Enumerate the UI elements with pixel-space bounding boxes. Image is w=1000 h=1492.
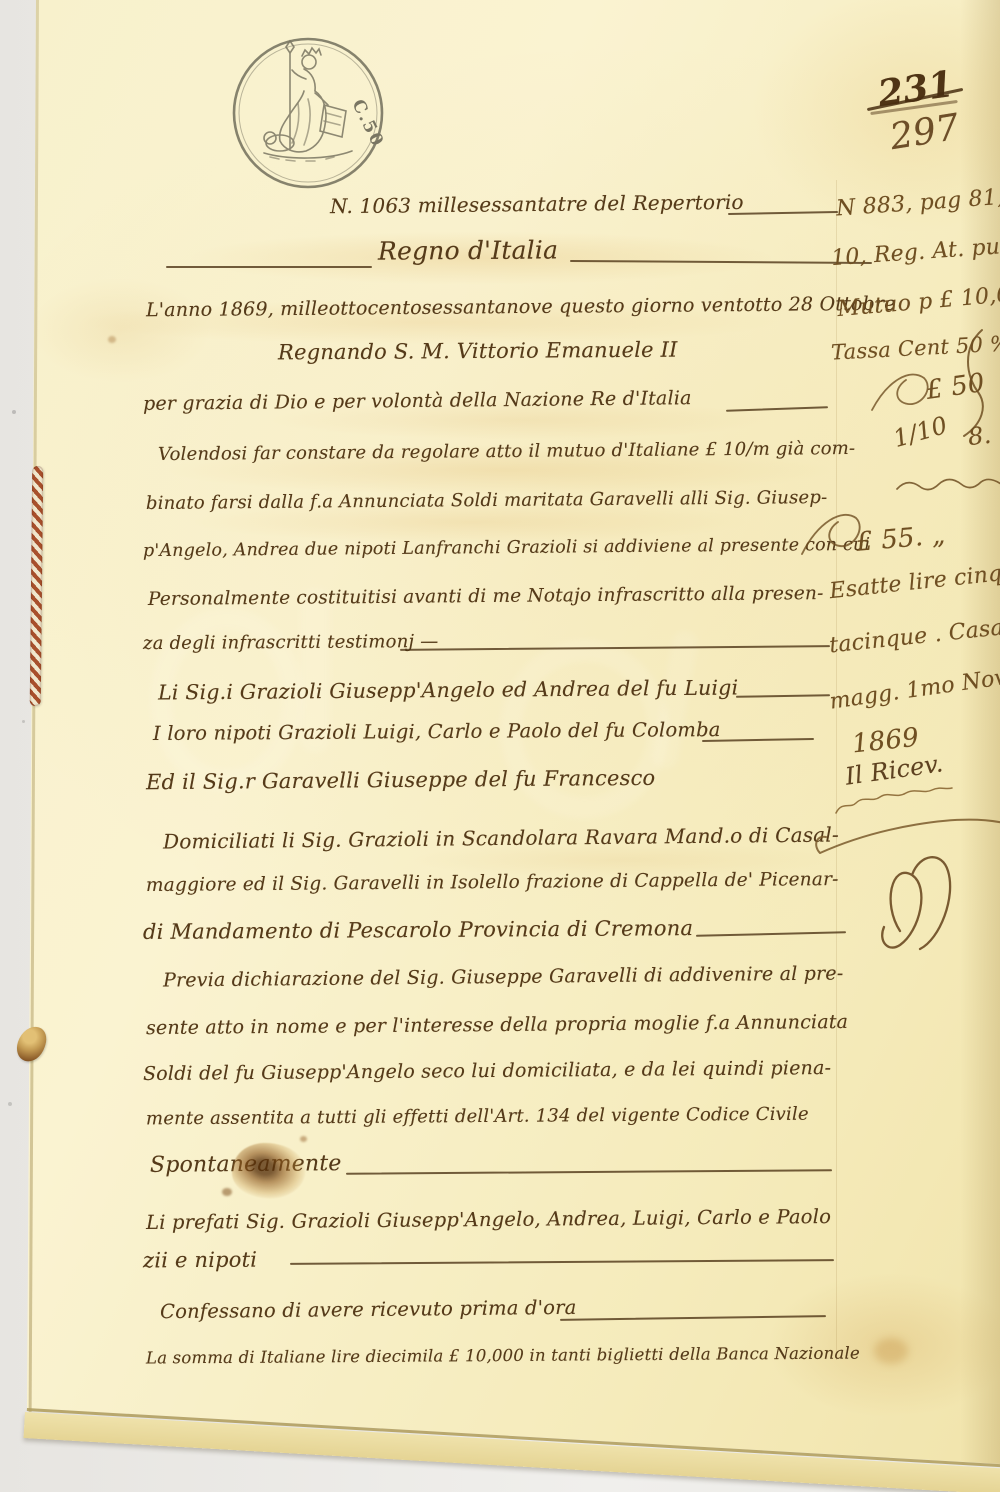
margin-note: Mutuo p £ 10,00 [836,281,1000,322]
signature-script [836,788,952,813]
manuscript-line: Li Sig.i Grazioli Giusepp'Angelo ed Andr… [158,675,739,704]
ink-rule [570,260,872,264]
manuscript-line: di Mandamento di Pescarolo Provincia di … [143,916,693,944]
margin-note: £ 55. „ [855,520,947,558]
ink-rule [736,694,830,697]
manuscript-line: Previa dichiarazione del Sig. Giuseppe G… [163,962,844,991]
ink-rule [560,1315,826,1320]
signature-cross-stroke [816,820,1000,853]
manuscript-line: Personalmente costituitisi avanti di me … [148,583,824,610]
lira-sign-flourish [800,506,862,562]
manuscript-line: Regnando S. M. Vittorio Emanuele II [278,338,678,365]
stain-speck [300,1136,307,1142]
manuscript-line: Confessano di avere ricevuto prima d'ora [160,1296,577,1323]
notary-monogram [882,857,950,949]
margin-note: tacinque . Casal [828,615,1000,659]
revenue-stamp: C.50 [228,33,388,193]
scanned-document: C.50 231 297 N. 1063 millesessantatre de… [0,0,1000,1492]
stain-speck [108,336,116,343]
ink-rule [400,645,830,650]
stain-speck [222,1188,232,1196]
ink-rule [728,211,838,215]
stain-speck [874,1338,908,1364]
margin-note: 10, Reg. At. pubbl [830,232,1000,271]
ink-rule [166,266,372,268]
manuscript-line: Domiciliati li Sig. Grazioli in Scandola… [163,822,839,853]
margin-brace-flourish [952,328,1000,440]
manuscript-line: Li prefati Sig. Grazioli Giusepp'Angelo,… [146,1205,831,1234]
manuscript-line: Regno d'Italia [378,235,558,265]
dust-speck [22,720,25,723]
manuscript-line: per grazia di Dio e per volontà della Na… [143,387,692,415]
manuscript-line: Soldi del fu Giusepp'Angelo seco lui dom… [143,1057,831,1085]
manuscript-line: maggiore ed il Sig. Garavelli in Isolell… [146,869,839,896]
signature-flourish [808,735,1000,965]
manuscript-line: N. 1063 millesessantatre del Repertorio [330,190,744,218]
manuscript-line: mente assentita a tutti gli effetti dell… [146,1104,809,1130]
margin-note: Esatte lire cinquan [828,557,1000,604]
manuscript-line: p'Angelo, Andrea due nipoti Lanfranchi G… [143,535,870,561]
manuscript-line: za degli infrascritti testimonj — [143,631,438,654]
manuscript-line: La somma di Italiane lire diecimila £ 10… [146,1344,860,1368]
manuscript-line: I loro nipoti Grazioli Luigi, Carlo e Pa… [153,718,721,745]
ink-rule [346,1169,832,1174]
ink-rule [726,406,828,411]
seated-italia-figure-icon [264,41,352,161]
margin-note: magg. 1mo Nov. [828,664,1000,714]
dust-speck [12,410,16,414]
manuscript-line: binato farsi dalla f.a Annunciata Soldi … [146,487,828,514]
ink-rule [290,1259,834,1264]
ink-stain [227,1135,310,1207]
manuscript-line: Ed il Sig.r Garavelli Giuseppe del fu Fr… [146,766,656,794]
manuscript-line: zii e nipoti [143,1248,257,1273]
manuscript-line: sente atto in nome e per l'interesse del… [146,1011,848,1039]
manuscript-line: Volendosi far constare da regolare atto … [158,438,855,465]
wavy-separator [895,474,1000,500]
folio-number: 297 [887,107,962,158]
dust-speck [8,1102,12,1106]
paper-sheet: C.50 231 297 N. 1063 millesessantatre de… [0,0,1000,1492]
manuscript-line: L'anno 1869, milleottocentosessantanove … [146,293,896,322]
lira-sign-flourish [870,366,930,418]
margin-note: N 883, pag 81, v [835,183,1000,221]
